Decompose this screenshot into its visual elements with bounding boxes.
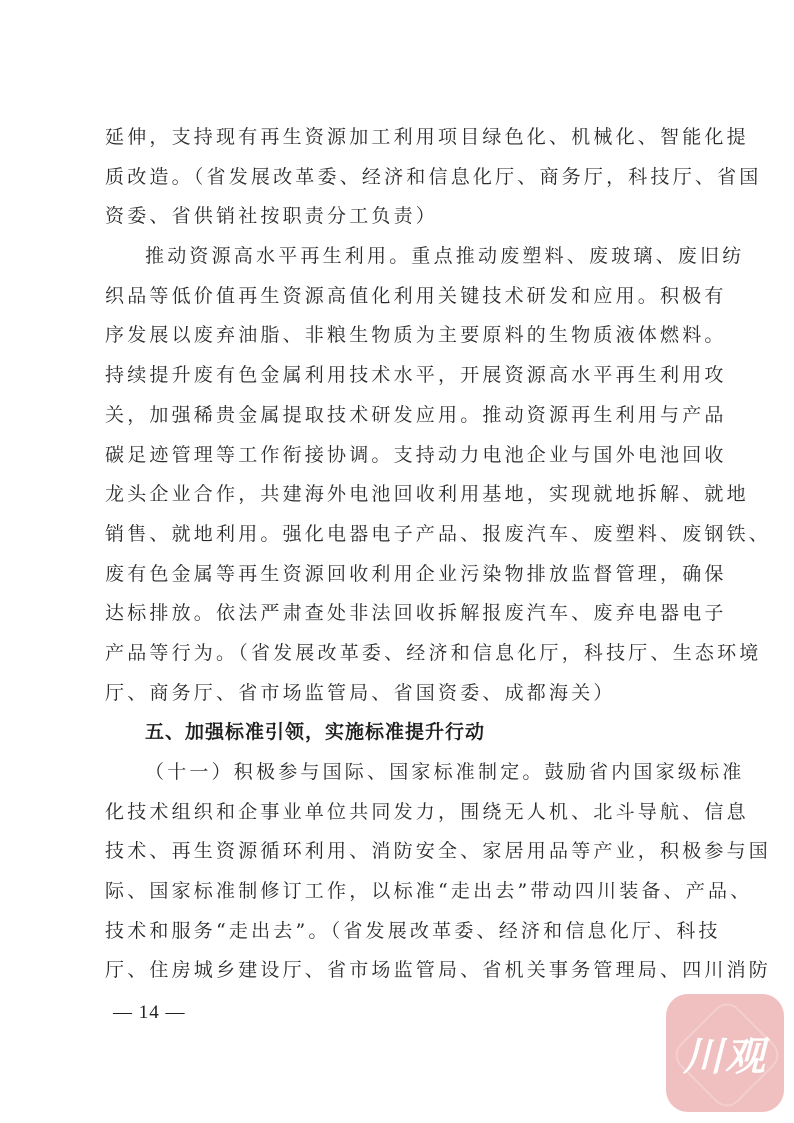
watermark-diamond-shape	[669, 997, 785, 1113]
document-page: 延伸，支持现有再生资源加工利用项目绿色化、机械化、智能化提质改造。（省发展改革委…	[105, 118, 695, 991]
page-number: — 14 —	[113, 998, 186, 1028]
paragraph-block-1: 延伸，支持现有再生资源加工利用项目绿色化、机械化、智能化提质改造。（省发展改革委…	[105, 118, 695, 713]
text-line: 技术和服务“走出去”。（省发展改革委、经济和信息化厅、科技	[105, 912, 695, 952]
text-line: 厅、商务厅、省市场监管局、省国资委、成都海关）	[105, 674, 695, 714]
text-line: 产品等行为。（省发展改革委、经济和信息化厅，科技厅、生态环境	[105, 634, 695, 674]
text-line: 厅、住房城乡建设厅、省市场监管局、省机关事务管理局、四川消防	[105, 951, 695, 991]
text-line: 推动资源高水平再生利用。重点推动废塑料、废玻璃、废旧纺	[105, 237, 695, 277]
text-line: 化技术组织和企事业单位共同发力，围绕无人机、北斗导航、信息	[105, 793, 695, 833]
text-line: 销售、就地利用。强化电器电子产品、报废汽车、废塑料、废钢铁、	[105, 515, 695, 555]
text-line: 持续提升废有色金属利用技术水平，开展资源高水平再生利用攻	[105, 356, 695, 396]
paragraph-block-2: （十一）积极参与国际、国家标准制定。鼓励省内国家级标准化技术组织和企事业单位共同…	[105, 753, 695, 991]
text-line: 延伸，支持现有再生资源加工利用项目绿色化、机械化、智能化提	[105, 118, 695, 158]
text-line: 技术、再生资源循环利用、消防安全、家居用品等产业，积极参与国	[105, 832, 695, 872]
text-line: 废有色金属等再生资源回收利用企业污染物排放监督管理，确保	[105, 555, 695, 595]
text-line: 关，加强稀贵金属提取技术研发应用。推动资源再生利用与产品	[105, 396, 695, 436]
chuanguan-watermark-logo: 川观	[666, 994, 784, 1112]
text-line: （十一）积极参与国际、国家标准制定。鼓励省内国家级标准	[105, 753, 695, 793]
text-line: 序发展以废弃油脂、非粮生物质为主要原料的生物质液体燃料。	[105, 316, 695, 356]
text-line: 达标排放。依法严肃查处非法回收拆解报废汽车、废弃电器电子	[105, 594, 695, 634]
text-line: 织品等低价值再生资源高值化利用关键技术研发和应用。积极有	[105, 277, 695, 317]
section-heading: 五、加强标准引领，实施标准提升行动	[105, 713, 695, 753]
text-line: 龙头企业合作，共建海外电池回收利用基地，实现就地拆解、就地	[105, 475, 695, 515]
text-line: 碳足迹管理等工作衔接协调。支持动力电池企业与国外电池回收	[105, 436, 695, 476]
text-line: 质改造。（省发展改革委、经济和信息化厅、商务厅，科技厅、省国	[105, 158, 695, 198]
text-line: 资委、省供销社按职责分工负责）	[105, 197, 695, 237]
text-line: 际、国家标准制修订工作，以标准“走出去”带动四川装备、产品、	[105, 872, 695, 912]
